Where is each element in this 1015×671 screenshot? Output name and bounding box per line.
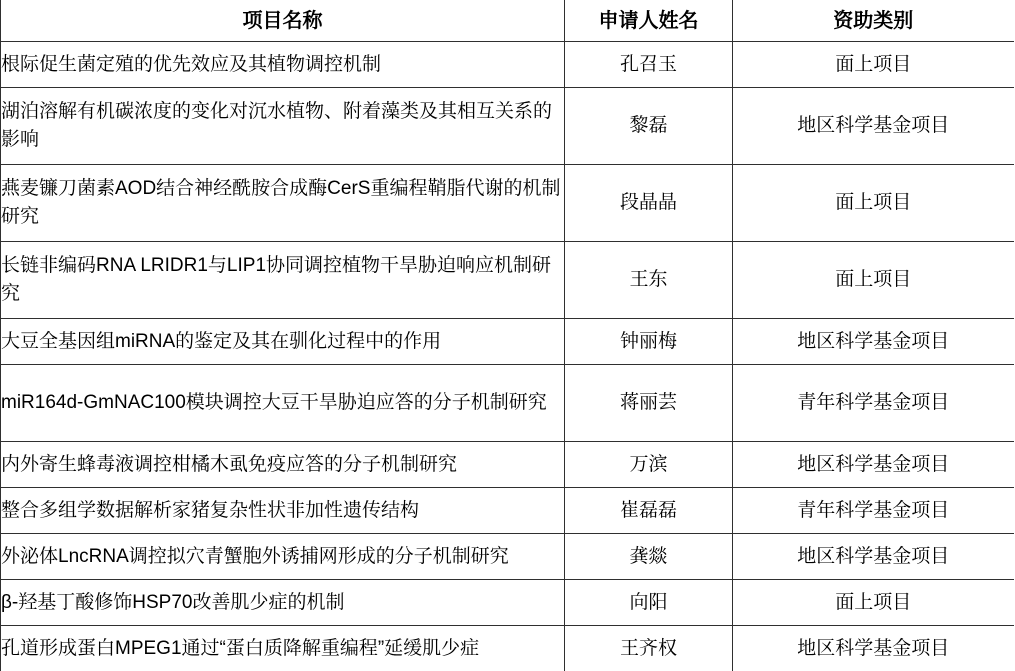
category-cell: 面上项目 [733, 580, 1014, 626]
category-cell: 面上项目 [733, 242, 1014, 319]
applicant-cell: 王齐权 [565, 626, 733, 671]
applicant-cell: 龚燚 [565, 534, 733, 580]
project-name-cell: 内外寄生蜂毒液调控柑橘木虱免疫应答的分子机制研究 [1, 442, 565, 488]
applicant-cell: 钟丽梅 [565, 319, 733, 365]
category-cell: 地区科学基金项目 [733, 319, 1014, 365]
applicant-cell: 黎磊 [565, 88, 733, 165]
applicant-cell: 崔磊磊 [565, 488, 733, 534]
category-cell: 地区科学基金项目 [733, 626, 1014, 671]
applicant-cell: 孔召玉 [565, 42, 733, 88]
column-header-category: 资助类别 [733, 0, 1014, 42]
category-cell: 地区科学基金项目 [733, 442, 1014, 488]
category-cell: 地区科学基金项目 [733, 88, 1014, 165]
category-cell: 青年科学基金项目 [733, 488, 1014, 534]
category-cell: 青年科学基金项目 [733, 365, 1014, 442]
table-row: 整合多组学数据解析家猪复杂性状非加性遗传结构 崔磊磊 青年科学基金项目 [1, 488, 1014, 534]
applicant-cell: 王东 [565, 242, 733, 319]
applicant-cell: 蒋丽芸 [565, 365, 733, 442]
table-row: 外泌体LncRNA调控拟穴青蟹胞外诱捕网形成的分子机制研究 龚燚 地区科学基金项… [1, 534, 1014, 580]
applicant-cell: 向阳 [565, 580, 733, 626]
project-name-cell: 孔道形成蛋白MPEG1通过“蛋白质降解重编程”延缓肌少症 [1, 626, 565, 671]
table-row: 孔道形成蛋白MPEG1通过“蛋白质降解重编程”延缓肌少症 王齐权 地区科学基金项… [1, 626, 1014, 671]
project-name-cell: 大豆全基因组miRNA的鉴定及其在驯化过程中的作用 [1, 319, 565, 365]
table-row: 大豆全基因组miRNA的鉴定及其在驯化过程中的作用 钟丽梅 地区科学基金项目 [1, 319, 1014, 365]
column-header-applicant: 申请人姓名 [565, 0, 733, 42]
project-name-cell: 外泌体LncRNA调控拟穴青蟹胞外诱捕网形成的分子机制研究 [1, 534, 565, 580]
table-row: 湖泊溶解有机碳浓度的变化对沉水植物、附着藻类及其相互关系的影响 黎磊 地区科学基… [1, 88, 1014, 165]
project-name-cell: 燕麦镰刀菌素AOD结合神经酰胺合成酶CerS重编程鞘脂代谢的机制研究 [1, 165, 565, 242]
table-row: 燕麦镰刀菌素AOD结合神经酰胺合成酶CerS重编程鞘脂代谢的机制研究 段晶晶 面… [1, 165, 1014, 242]
project-name-cell: 湖泊溶解有机碳浓度的变化对沉水植物、附着藻类及其相互关系的影响 [1, 88, 565, 165]
funding-table: 项目名称 申请人姓名 资助类别 根际促生菌定殖的优先效应及其植物调控机制 孔召玉… [0, 0, 1014, 671]
header-row: 项目名称 申请人姓名 资助类别 [1, 0, 1014, 42]
project-name-cell: 长链非编码RNA LRIDR1与LIP1协同调控植物干旱胁迫响应机制研究 [1, 242, 565, 319]
table-row: 根际促生菌定殖的优先效应及其植物调控机制 孔召玉 面上项目 [1, 42, 1014, 88]
project-name-cell: 根际促生菌定殖的优先效应及其植物调控机制 [1, 42, 565, 88]
project-name-cell: miR164d-GmNAC100模块调控大豆干旱胁迫应答的分子机制研究 [1, 365, 565, 442]
project-name-cell: β-羟基丁酸修饰HSP70改善肌少症的机制 [1, 580, 565, 626]
category-cell: 地区科学基金项目 [733, 534, 1014, 580]
table-row: β-羟基丁酸修饰HSP70改善肌少症的机制 向阳 面上项目 [1, 580, 1014, 626]
table-row: 长链非编码RNA LRIDR1与LIP1协同调控植物干旱胁迫响应机制研究 王东 … [1, 242, 1014, 319]
applicant-cell: 段晶晶 [565, 165, 733, 242]
category-cell: 面上项目 [733, 42, 1014, 88]
project-name-cell: 整合多组学数据解析家猪复杂性状非加性遗传结构 [1, 488, 565, 534]
category-cell: 面上项目 [733, 165, 1014, 242]
table-row: miR164d-GmNAC100模块调控大豆干旱胁迫应答的分子机制研究 蒋丽芸 … [1, 365, 1014, 442]
column-header-project: 项目名称 [1, 0, 565, 42]
table-row: 内外寄生蜂毒液调控柑橘木虱免疫应答的分子机制研究 万滨 地区科学基金项目 [1, 442, 1014, 488]
applicant-cell: 万滨 [565, 442, 733, 488]
